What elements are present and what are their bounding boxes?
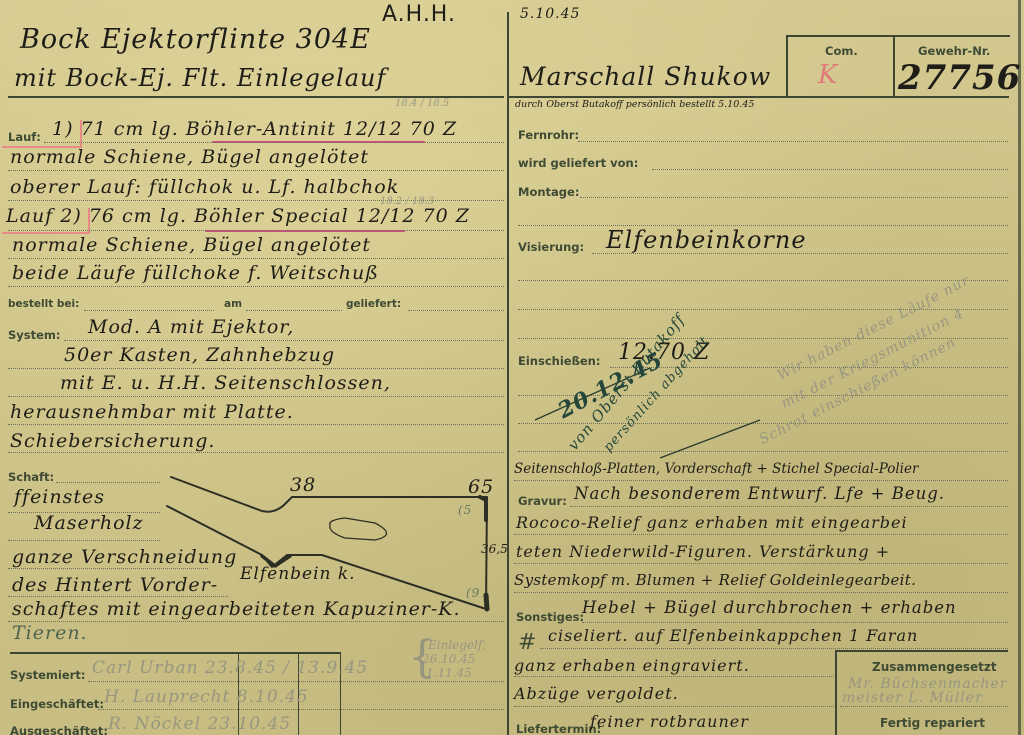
gravur-text-2: Rococo-Relief ganz erhaben mit eingearbe… — [516, 513, 908, 532]
gravur-text-1: Nach besonderem Entwurf. Lfe + Beug. — [574, 484, 945, 503]
pre-gravur-line: Seitenschloß-Platten, Vorderschaft + Sti… — [514, 461, 918, 477]
zus-box-left — [835, 650, 837, 735]
sonstiges-line-2 — [540, 648, 1008, 649]
zusammengesetzt-label: Zusammengesetzt — [872, 660, 997, 674]
sonstiges-line-1 — [582, 622, 1008, 623]
sonstiges-line-3 — [514, 676, 834, 677]
gravur-line-4 — [514, 592, 1008, 593]
sonstiges-label: Sonstiges: — [516, 610, 584, 624]
gravur-line-2 — [514, 534, 1008, 535]
gravur-line-3 — [514, 563, 1008, 564]
hash-mark: # — [518, 630, 536, 655]
gravur-text-4: Systemkopf m. Blumen + Relief Goldeinleg… — [514, 571, 916, 589]
liefertermin-label: Liefertermin: — [516, 722, 601, 735]
sonstiges-text-1: Hebel + Bügel durchbrochen + erhaben — [582, 598, 957, 617]
fertig-repariert-label: Fertig repariert — [880, 716, 985, 730]
gravur-label: Gravur: — [518, 494, 567, 508]
gravur-line-1 — [570, 506, 1008, 507]
sonstiges-line-4 — [514, 706, 834, 707]
zusammengesetzt-value-2: meister L. Müller — [842, 690, 983, 706]
liefertermin-value: feiner rotbrauner — [590, 712, 749, 731]
sonstiges-text-2: ciseliert. auf Elfenbeinkappchen 1 Faran — [548, 626, 918, 645]
zus-box-top — [836, 650, 1008, 652]
gun-order-card: Bock Ejektorflinte 304E A.H.H. mit Bock-… — [0, 0, 1024, 735]
sonstiges-text-4: Abzüge vergoldet. — [514, 684, 679, 703]
sonstiges-text-3: ganz erhaben eingraviert. — [514, 656, 750, 675]
gravur-text-3: teten Niederwild-Figuren. Verstärkung + — [516, 542, 890, 561]
zus-dotline — [840, 706, 1008, 707]
pre-gravur-dotline — [514, 480, 1008, 481]
